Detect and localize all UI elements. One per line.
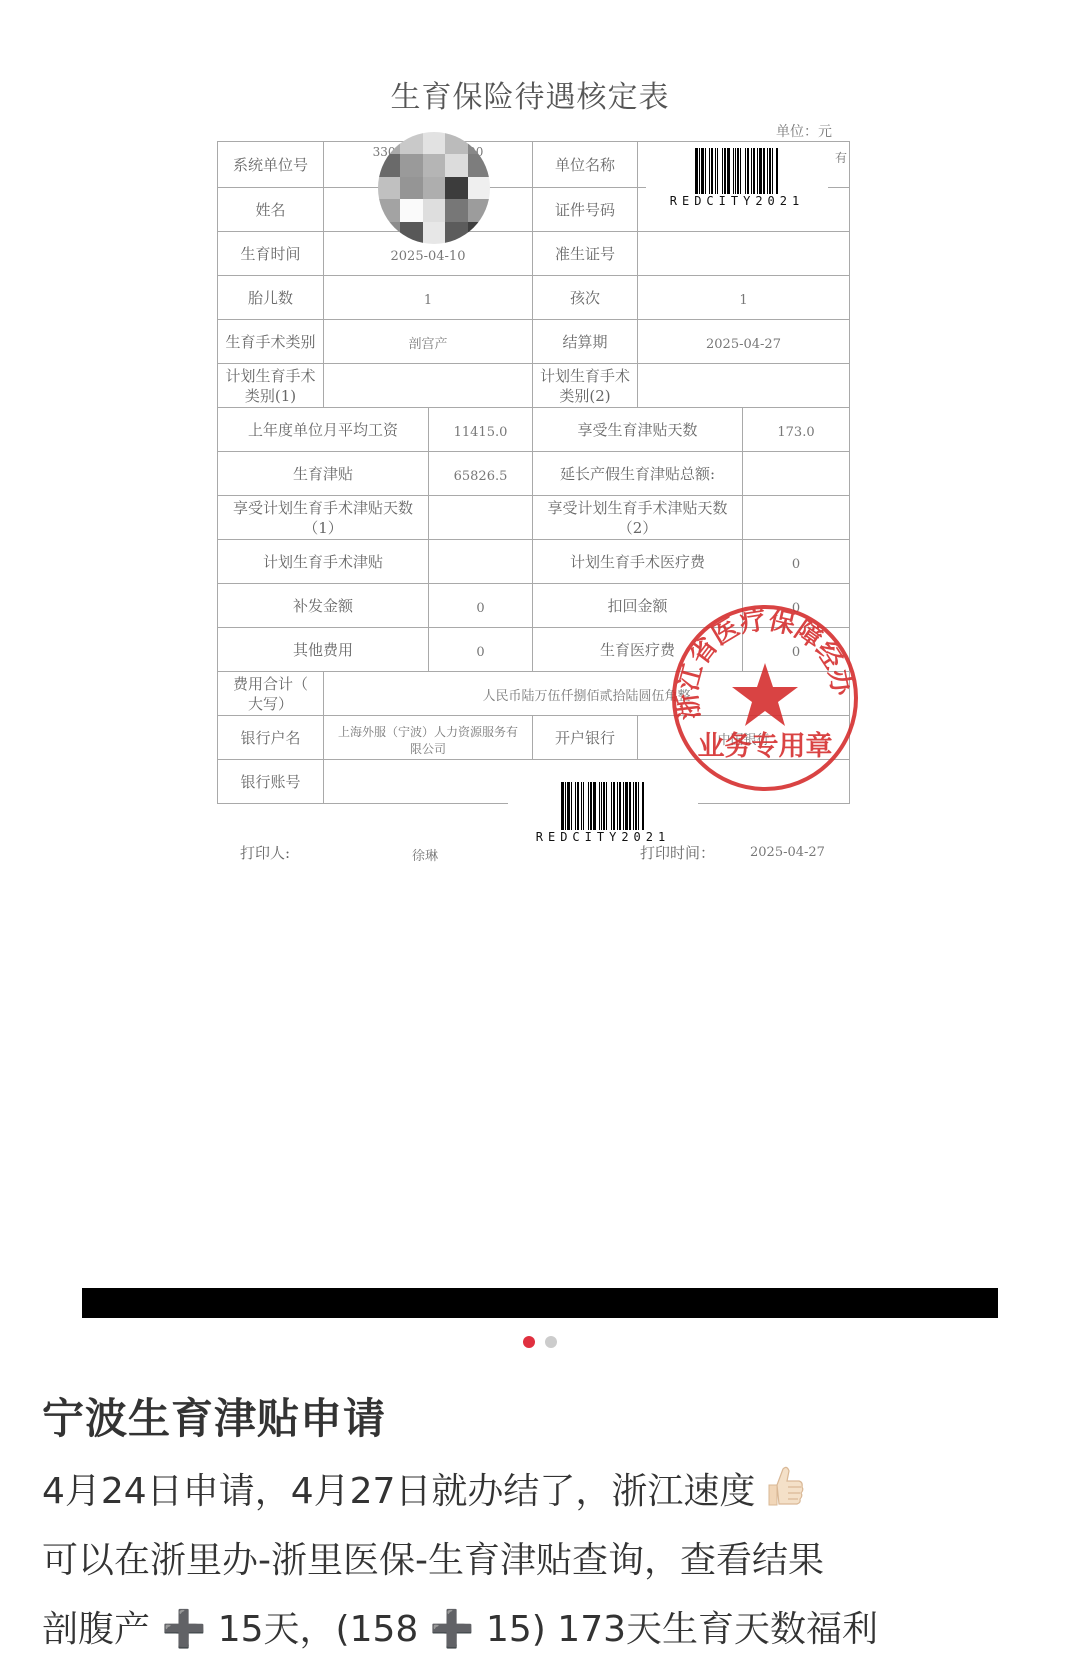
carousel-dot-2[interactable] bbox=[545, 1336, 557, 1348]
form-field-value bbox=[742, 495, 850, 540]
post-line-2: 可以在浙里办-浙里医保-生育津贴查询，查看结果 bbox=[42, 1532, 824, 1583]
printer-label: 打印人: bbox=[240, 842, 290, 863]
form-field-label: 计划生育手术津贴 bbox=[217, 539, 429, 584]
form-field-label: 生育时间 bbox=[217, 231, 324, 276]
form-field-value: 1 bbox=[637, 275, 850, 320]
form-field-label: 享受计划生育手术津贴天数 （1） bbox=[217, 495, 429, 540]
form-field-value bbox=[637, 231, 850, 276]
redaction-bar bbox=[82, 1288, 998, 1318]
form-field-value bbox=[428, 495, 533, 540]
form-field-value bbox=[323, 363, 533, 408]
form-field-value bbox=[742, 451, 850, 496]
form-field-label: 系统单位号 bbox=[217, 141, 324, 188]
form-field-label: 费用合计（ 大写） bbox=[217, 671, 324, 716]
unit-label: 单位：元 bbox=[776, 121, 832, 141]
form-field-value bbox=[637, 363, 850, 408]
form-field-label: 补发金额 bbox=[217, 583, 429, 628]
form-field-label: 延长产假生育津贴总额: bbox=[532, 451, 743, 496]
print-time: 2025-04-27 bbox=[750, 845, 825, 860]
form-field-label: 银行户名 bbox=[217, 715, 324, 760]
form-field-value bbox=[428, 539, 533, 584]
post-line-1: 4月24日申请，4月27日就办结了，浙江速度 bbox=[42, 1463, 805, 1514]
form-field-label: 上年度单位月平均工资 bbox=[217, 407, 429, 452]
star-icon bbox=[732, 663, 798, 726]
form-field-label: 银行账号 bbox=[217, 759, 324, 804]
post-title: 宁波生育津贴申请 bbox=[42, 1386, 386, 1446]
form-field-label: 生育津贴 bbox=[217, 451, 429, 496]
carousel-dot-1[interactable] bbox=[523, 1336, 535, 1348]
form-field-label: 生育手术类别 bbox=[217, 319, 324, 364]
form-field-value: 上海外服（宁波）人力资源服务有 限公司 bbox=[323, 715, 533, 760]
form-field-label: 证件号码 bbox=[532, 187, 638, 232]
form-field-label: 计划生育手术医疗费 bbox=[532, 539, 743, 584]
printer-name: 徐琳 bbox=[412, 845, 438, 864]
form-field-label: 享受计划生育手术津贴天数 （2） bbox=[532, 495, 743, 540]
form-field-label: 孩次 bbox=[532, 275, 638, 320]
form-field-label: 计划生育手术 类别(1) bbox=[217, 363, 324, 408]
post-line-3: 剖腹产 ➕ 15天，(158 ➕ 15) 173天生育天数福利 bbox=[42, 1601, 878, 1652]
form-field-label: 开户银行 bbox=[532, 715, 638, 760]
document-title: 生育保险待遇核定表 bbox=[0, 72, 1060, 116]
form-field-label: 姓名 bbox=[217, 187, 324, 232]
form-field-value: 173.0 bbox=[742, 407, 850, 452]
svg-text:业务专用章: 业务专用章 bbox=[698, 730, 833, 762]
carousel-indicator bbox=[0, 1336, 1080, 1348]
form-field-label: 享受生育津贴天数 bbox=[532, 407, 743, 452]
form-field-value: 0 bbox=[428, 627, 533, 672]
print-time-label: 打印时间： bbox=[640, 842, 715, 863]
thumbs-up-icon bbox=[761, 1463, 805, 1509]
form-field-value: 剖宫产 bbox=[323, 319, 533, 364]
form-field-value: 0 bbox=[742, 539, 850, 584]
form-field-value: 0 bbox=[428, 583, 533, 628]
form-field-label: 单位名称 bbox=[532, 141, 638, 188]
privacy-mosaic bbox=[378, 132, 490, 244]
form-field-value: 1 bbox=[323, 275, 533, 320]
post-line-1-text: 4月24日申请，4月27日就办结了，浙江速度 bbox=[42, 1471, 755, 1512]
official-seal-stamp: 浙江省医疗保障经办 业务专用章 bbox=[672, 605, 858, 791]
form-field-value: 11415.0 bbox=[428, 407, 533, 452]
barcode-watermark-top: REDCITY2021 bbox=[646, 148, 828, 210]
form-field-value: 2025-04-27 bbox=[637, 319, 850, 364]
form-field-label: 准生证号 bbox=[532, 231, 638, 276]
barcode-label: REDCITY2021 bbox=[670, 195, 804, 207]
form-field-label: 其他费用 bbox=[217, 627, 429, 672]
barcode-watermark-bottom: REDCITY2021 bbox=[508, 782, 698, 846]
form-field-label: 胎儿数 bbox=[217, 275, 324, 320]
form-field-value: 65826.5 bbox=[428, 451, 533, 496]
form-field-label: 计划生育手术 类别(2) bbox=[532, 363, 638, 408]
form-field-label: 结算期 bbox=[532, 319, 638, 364]
